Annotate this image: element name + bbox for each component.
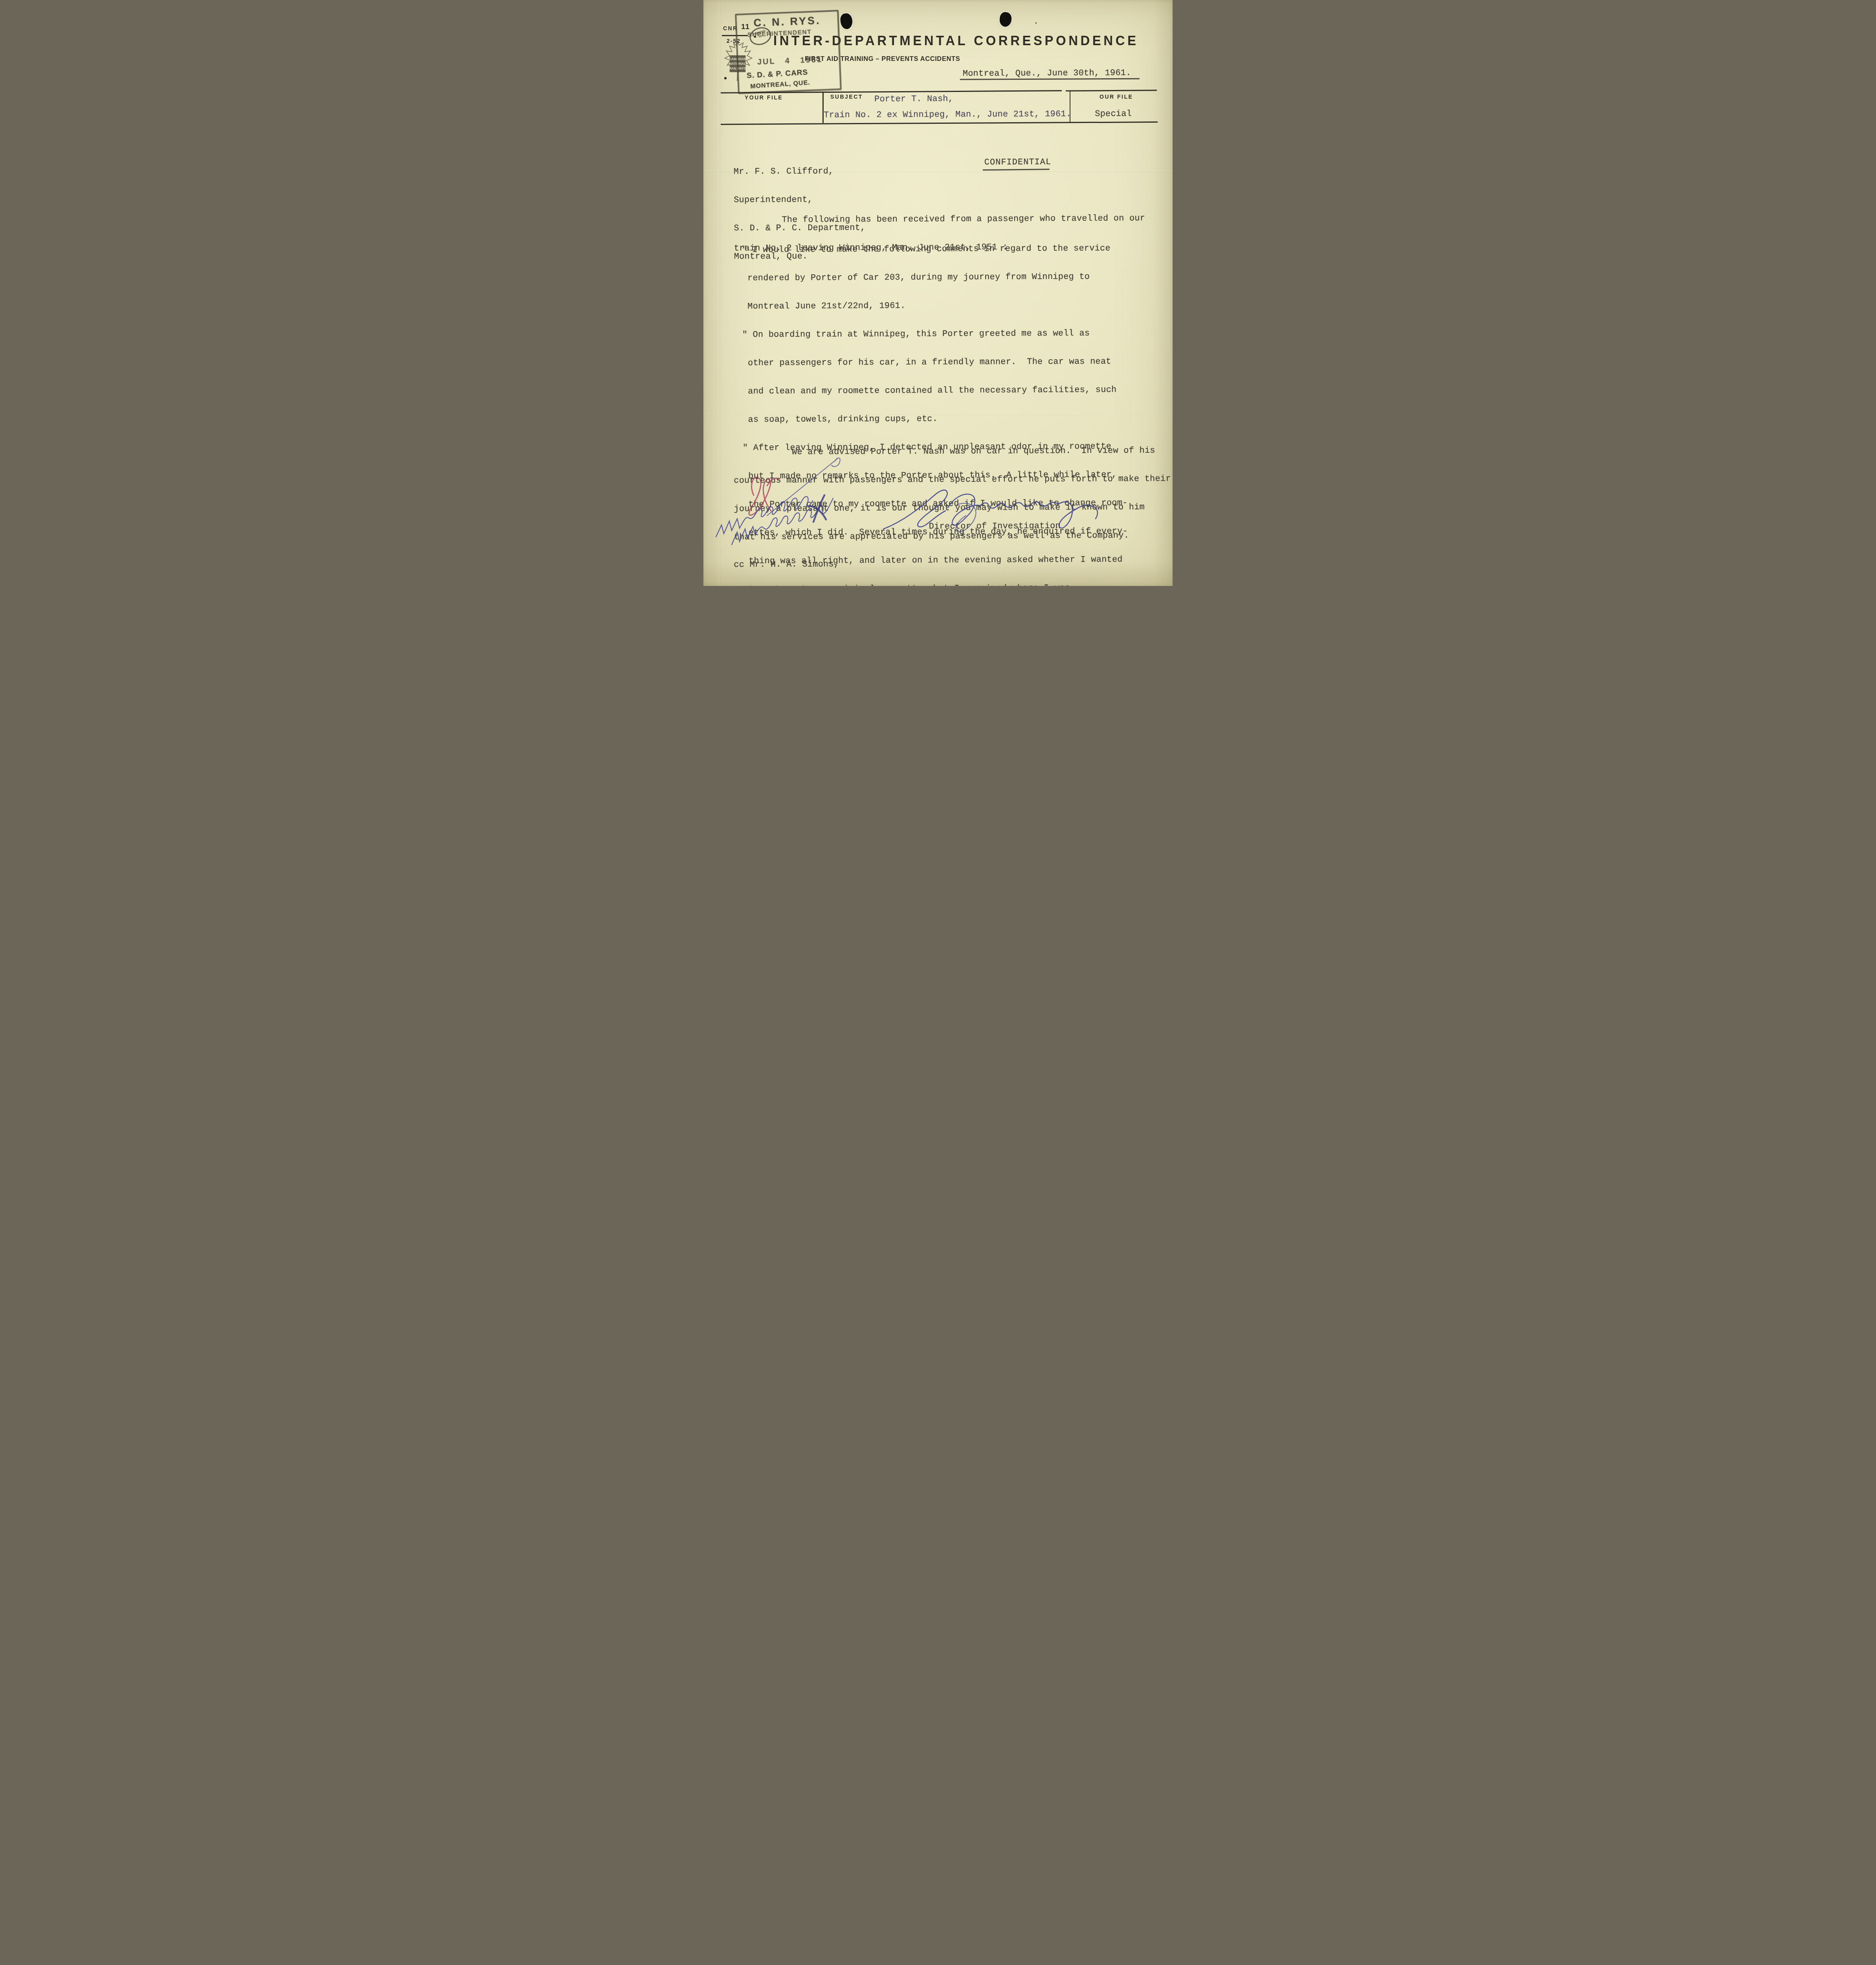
- quote-line: and clean and my roomette contained all …: [742, 385, 1138, 396]
- quote-line: " I would like to make the following com…: [742, 244, 1137, 255]
- dateline: Montreal, Que., June 30th, 1961.: [963, 68, 1131, 79]
- body-line: The following has been received from a p…: [734, 214, 1145, 225]
- cc-line: cc Mr. H. A. Simons,: [734, 560, 839, 569]
- signature-handwriting: [880, 483, 1116, 536]
- quote-line: " On boarding train at Winnipeg, this Po…: [742, 329, 1138, 340]
- margin-annotations: [708, 448, 844, 546]
- quote-line: other passengers for his car, in a frien…: [742, 357, 1138, 368]
- scanned-letter: CNR 11 2-52 INTER-DEPARTMENTAL CORRESPON…: [703, 0, 1173, 586]
- cc-block: cc Mr. H. A. Simons, Montreal, Que.: [734, 541, 839, 586]
- confidential-underline: [983, 169, 1050, 171]
- quote-line: as soap, towels, drinking cups, etc.: [743, 413, 1138, 424]
- our-file-value: Special: [1095, 109, 1132, 119]
- blue-heavy-k-stroke: [811, 495, 826, 522]
- blue-name-handwriting-2: [732, 498, 833, 545]
- recipient-line: Mr. F. S. Clifford,: [734, 167, 865, 176]
- subject-value-line2: Train No. 2 ex Winnipeg, Man., June 21st…: [824, 110, 1071, 120]
- blue-name-handwriting-1: [716, 496, 813, 537]
- subject-value-line1: Porter T. Nash,: [874, 94, 953, 104]
- confidential-label: CONFIDENTIAL: [984, 158, 1052, 167]
- quote-line: rendered by Porter of Car 203, during my…: [742, 272, 1137, 283]
- quote-line: Montreal June 21st/22nd, 1961.: [742, 300, 1137, 311]
